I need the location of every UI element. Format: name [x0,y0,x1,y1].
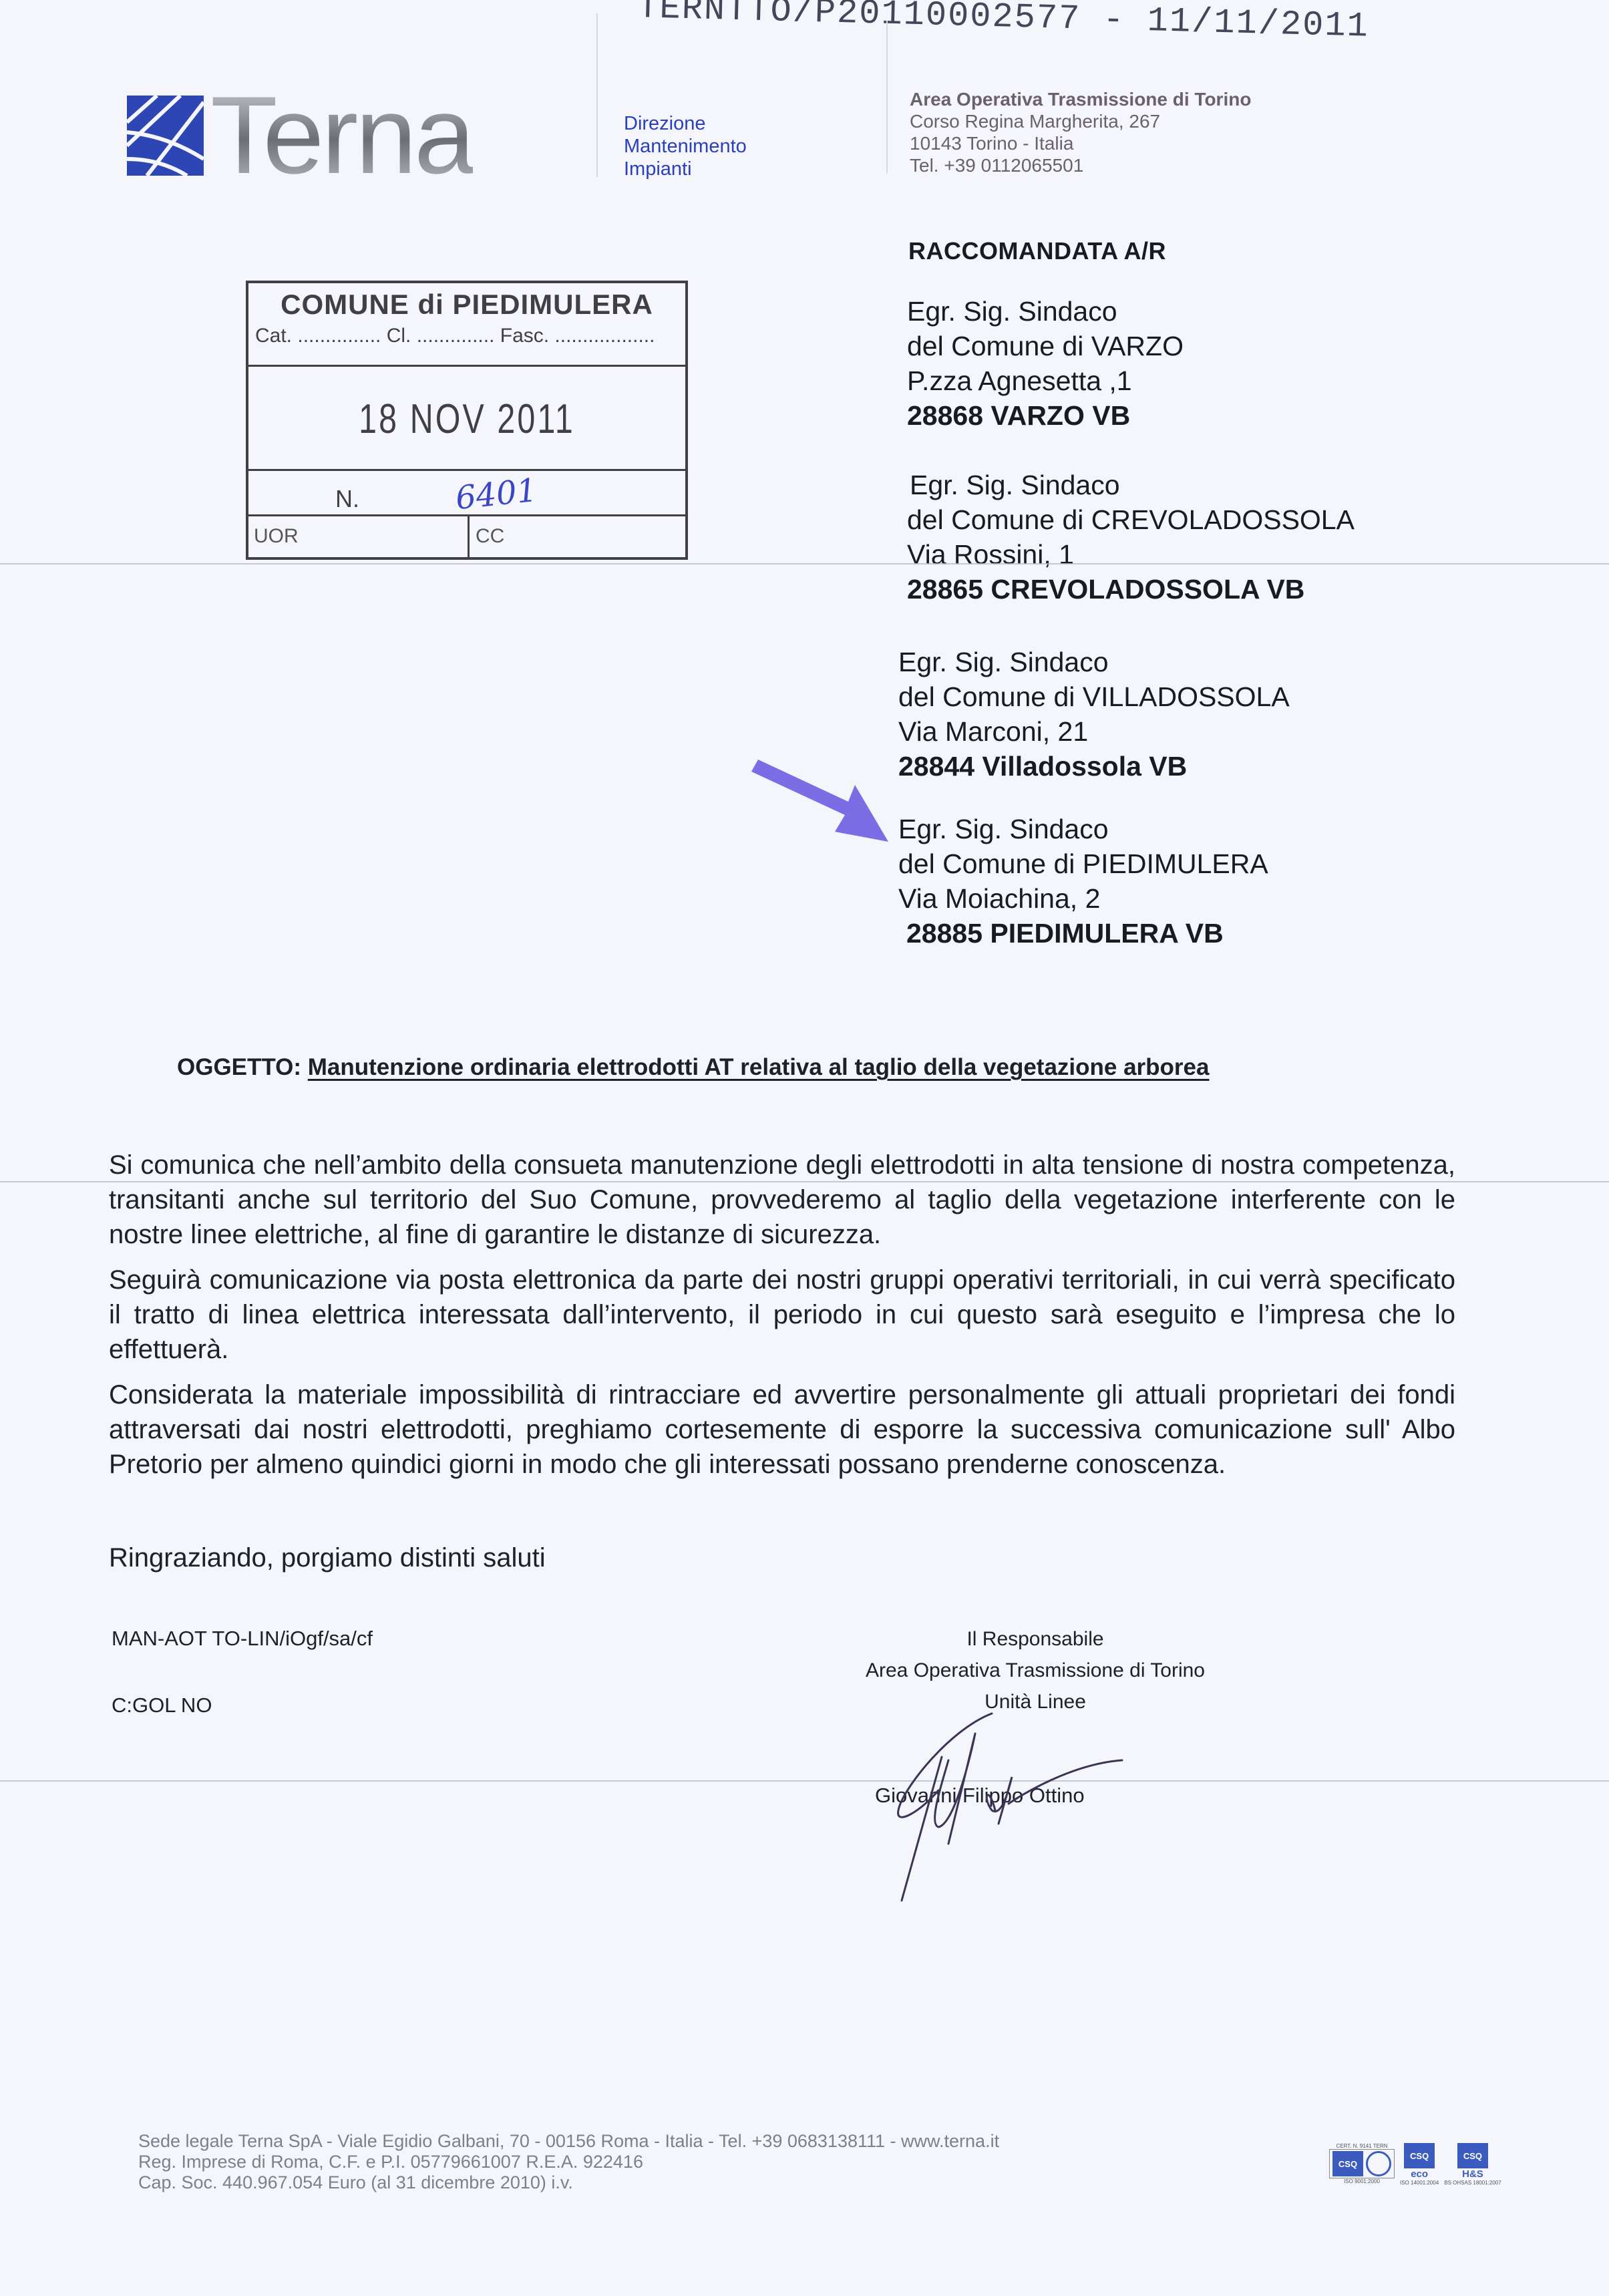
division-name: Direzione Mantenimento Impianti [624,112,747,180]
recipient-salutation: Egr. Sig. Sindaco [910,468,1355,502]
subject-label: OGGETTO: [177,1054,301,1080]
division-line: Direzione [624,112,747,135]
ohsas-cert: CSQ H&S BS OHSAS 18001:2007 [1444,2143,1501,2186]
recipient-municipality: del Comune di PIEDIMULERA [898,846,1268,881]
paper-fold-line [0,563,1609,564]
header-divider [886,20,888,174]
recipient-postcode-city: 28865 CREVOLADOSSOLA VB [907,572,1355,607]
stamp-number-handwritten: 6401 [454,472,538,517]
sender-city: 10143 Torino - Italia [910,132,1251,154]
recipient-salutation: Egr. Sig. Sindaco [898,812,1268,846]
cert-standard: BS OHSAS 18001:2007 [1444,2180,1501,2186]
stamp-divider [248,514,685,516]
recipient-block: Egr. Sig. Sindaco del Comune di VILLADOS… [898,645,1290,784]
body-paragraph: Considerata la materiale impossibilità d… [109,1377,1455,1482]
protocol-number-stamp: TERNTTO/P20110002577 - 11/11/2011 [637,0,1370,45]
stamp-number-label: N. [335,485,359,513]
registration-stamp: COMUNE di PIEDIMULERA Cat. .............… [246,281,688,560]
sender-address: Area Operativa Trasmissione di Torino Co… [910,88,1251,176]
cert-number: CERT. N. 9141 TERN [1336,2143,1387,2149]
footer-line: Sede legale Terna SpA - Viale Egidio Gal… [138,2131,999,2152]
stamp-divider [248,469,685,471]
stamp-cc-label: CC [476,525,504,548]
arrow-down-right-icon [745,745,892,845]
csq-logo-icon: CSQ [1404,2143,1435,2168]
division-line: Mantenimento [624,135,747,158]
recipient-salutation: Egr. Sig. Sindaco [898,645,1290,679]
cert-badge-sub: eco [1411,2168,1428,2180]
recipient-street: Via Rossini, 1 [907,537,1355,572]
division-line: Impianti [624,158,747,180]
cert-badge-sub: H&S [1462,2168,1483,2180]
paper-fold-line [0,1780,1609,1782]
recipient-municipality: del Comune di VILLADOSSOLA [898,679,1290,714]
iqnet-seal-icon [1366,2151,1391,2176]
certification-logos: CERT. N. 9141 TERN CSQ ISO 9001:2000 CSQ… [1329,2143,1501,2186]
signer-role: Il Responsabile [775,1623,1296,1655]
body-paragraph: Seguirà comunicazione via posta elettron… [109,1263,1455,1367]
signature-block: Il Responsabile Area Operativa Trasmissi… [775,1623,1296,1717]
terna-wordmark: Terna [210,94,473,177]
recipient-postcode-city: 28868 VARZO VB [907,398,1184,433]
sender-phone: Tel. +39 0112065501 [910,154,1251,176]
legal-footer: Sede legale Terna SpA - Viale Egidio Gal… [138,2131,999,2193]
sender-area-name: Area Operativa Trasmissione di Torino [910,88,1251,110]
stamp-divider [468,516,470,557]
stamp-title: COMUNE di PIEDIMULERA [248,283,685,321]
footer-line: Reg. Imprese di Roma, C.F. e P.I. 057796… [138,2152,999,2172]
sender-street: Corso Regina Margherita, 267 [910,110,1251,132]
body-paragraph: Si comunica che nell’ambito della consue… [109,1148,1455,1252]
recipient-postcode-city: 28844 Villadossola VB [898,749,1290,784]
recipient-block: Egr. Sig. Sindaco del Comune di VARZO P.… [907,294,1184,433]
iso-9001-cert: CERT. N. 9141 TERN CSQ ISO 9001:2000 [1329,2143,1395,2184]
recipient-block: Egr. Sig. Sindaco del Comune di PIEDIMUL… [898,812,1268,951]
recipient-municipality: del Comune di VARZO [907,329,1184,363]
closing-line: Ringraziando, porgiamo distinti saluti [109,1543,546,1573]
recipient-street: P.zza Agnesetta ,1 [907,363,1184,398]
recipient-postcode-city: 28885 PIEDIMULERA VB [906,916,1268,951]
footer-line: Cap. Soc. 440.967.054 Euro (al 31 dicemb… [138,2172,999,2193]
signer-area: Area Operativa Trasmissione di Torino [775,1655,1296,1686]
stamp-classification-fields: Cat. ............... Cl. .............. … [248,321,685,347]
stamp-date: 18 NOV 2011 [297,395,637,443]
handwritten-signature-icon [875,1710,1222,1911]
terna-logo-mark-icon [127,96,204,176]
subject-text: Manutenzione ordinaria elettrodotti AT r… [308,1054,1210,1080]
iso-14001-cert: CSQ eco ISO 14001:2004 [1400,2143,1439,2186]
terna-logo: Terna [127,94,473,177]
cert-standard: ISO 14001:2004 [1400,2180,1439,2186]
stamp-uor-label: UOR [254,525,299,548]
cert-standard: ISO 9001:2000 [1344,2178,1380,2184]
delivery-method: RACCOMANDATA A/R [908,237,1166,265]
reference-code: MAN-AOT TO-LIN/iOgf/sa/cf [112,1627,373,1651]
recipient-block: Egr. Sig. Sindaco del Comune di CREVOLAD… [910,468,1355,607]
stamp-divider [248,365,685,367]
csq-logo-icon: CSQ [1332,2151,1363,2176]
recipient-street: Via Marconi, 21 [898,714,1290,749]
recipient-salutation: Egr. Sig. Sindaco [907,294,1184,329]
letter-body: Si comunica che nell’ambito della consue… [109,1148,1455,1492]
csq-logo-icon: CSQ [1457,2143,1488,2168]
cert-box: CSQ [1329,2149,1395,2178]
header-divider [596,13,598,177]
recipient-street: Via Moiachina, 2 [898,881,1268,916]
subject-line: OGGETTO: Manutenzione ordinaria elettrod… [177,1054,1210,1081]
copy-code: C:GOL NO [112,1693,212,1717]
recipient-municipality: del Comune di CREVOLADOSSOLA [907,502,1355,537]
